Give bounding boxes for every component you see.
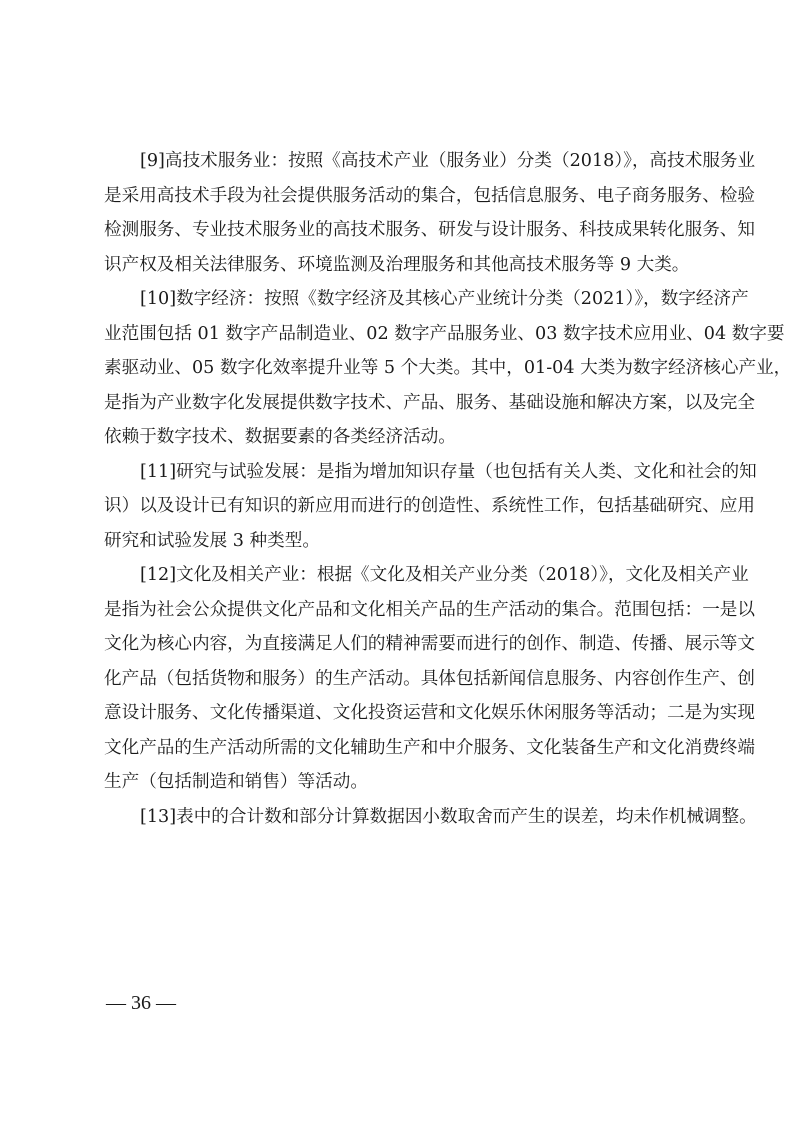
text-line: [13]表中的合计数和部分计算数据因小数取舍而产生的误差，均未作机械调整。 bbox=[104, 800, 696, 835]
note-13-paragraph: [13]表中的合计数和部分计算数据因小数取舍而产生的误差，均未作机械调整。 bbox=[104, 800, 696, 835]
document-page: [9]高技术服务业：按照《高技术产业（服务业）分类（2018）》，高技术服务业 … bbox=[0, 0, 793, 1122]
text-line: 识产权及相关法律服务、环境监测及治理服务和其他高技术服务等 9 大类。 bbox=[104, 248, 696, 283]
text-line: 是指为社会公众提供文化产品和文化相关产品的生产活动的集合。范围包括：一是以 bbox=[104, 593, 696, 628]
text-line: 文化为核心内容，为直接满足人们的精神需要而进行的创作、制造、传播、展示等文 bbox=[104, 627, 696, 662]
text-line: 检测服务、专业技术服务业的高技术服务、研发与设计服务、科技成果转化服务、知 bbox=[104, 213, 696, 248]
page-number: — 36 — bbox=[106, 992, 176, 1015]
text-line: 业范围包括 01 数字产品制造业、02 数字产品服务业、03 数字技术应用业、0… bbox=[104, 317, 696, 352]
note-12-paragraph: [12]文化及相关产业：根据《文化及相关产业分类（2018）》，文化及相关产业 … bbox=[104, 558, 696, 800]
text-line: 是指为产业数字化发展提供数字技术、产品、服务、基础设施和解决方案，以及完全 bbox=[104, 386, 696, 421]
text-line: 生产（包括制造和销售）等活动。 bbox=[104, 765, 696, 800]
text-line: 素驱动业、05 数字化效率提升业等 5 个大类。其中，01-04 大类为数字经济… bbox=[104, 351, 696, 386]
text-line: 意设计服务、文化传播渠道、文化投资运营和文化娱乐休闲服务等活动；二是为实现 bbox=[104, 696, 696, 731]
note-11-paragraph: [11]研究与试验发展：是指为增加知识存量（也包括有关人类、文化和社会的知 识）… bbox=[104, 455, 696, 559]
text-line: 是采用高技术手段为社会提供服务活动的集合，包括信息服务、电子商务服务、检验 bbox=[104, 179, 696, 214]
text-line: [11]研究与试验发展：是指为增加知识存量（也包括有关人类、文化和社会的知 bbox=[104, 455, 696, 490]
text-line: [10]数字经济：按照《数字经济及其核心产业统计分类（2021）》，数字经济产 bbox=[104, 282, 696, 317]
text-line: 文化产品的生产活动所需的文化辅助生产和中介服务、文化装备生产和文化消费终端 bbox=[104, 731, 696, 766]
text-line: [9]高技术服务业：按照《高技术产业（服务业）分类（2018）》，高技术服务业 bbox=[104, 144, 696, 179]
note-9-paragraph: [9]高技术服务业：按照《高技术产业（服务业）分类（2018）》，高技术服务业 … bbox=[104, 144, 696, 282]
text-line: [12]文化及相关产业：根据《文化及相关产业分类（2018）》，文化及相关产业 bbox=[104, 558, 696, 593]
note-10-paragraph: [10]数字经济：按照《数字经济及其核心产业统计分类（2021）》，数字经济产 … bbox=[104, 282, 696, 455]
text-line: 研究和试验发展 3 种类型。 bbox=[104, 524, 696, 559]
text-line: 化产品（包括货物和服务）的生产活动。具体包括新闻信息服务、内容创作生产、创 bbox=[104, 662, 696, 697]
footnotes-body: [9]高技术服务业：按照《高技术产业（服务业）分类（2018）》，高技术服务业 … bbox=[104, 144, 696, 834]
text-line: 识）以及设计已有知识的新应用而进行的创造性、系统性工作，包括基础研究、应用 bbox=[104, 489, 696, 524]
text-line: 依赖于数字技术、数据要素的各类经济活动。 bbox=[104, 420, 696, 455]
